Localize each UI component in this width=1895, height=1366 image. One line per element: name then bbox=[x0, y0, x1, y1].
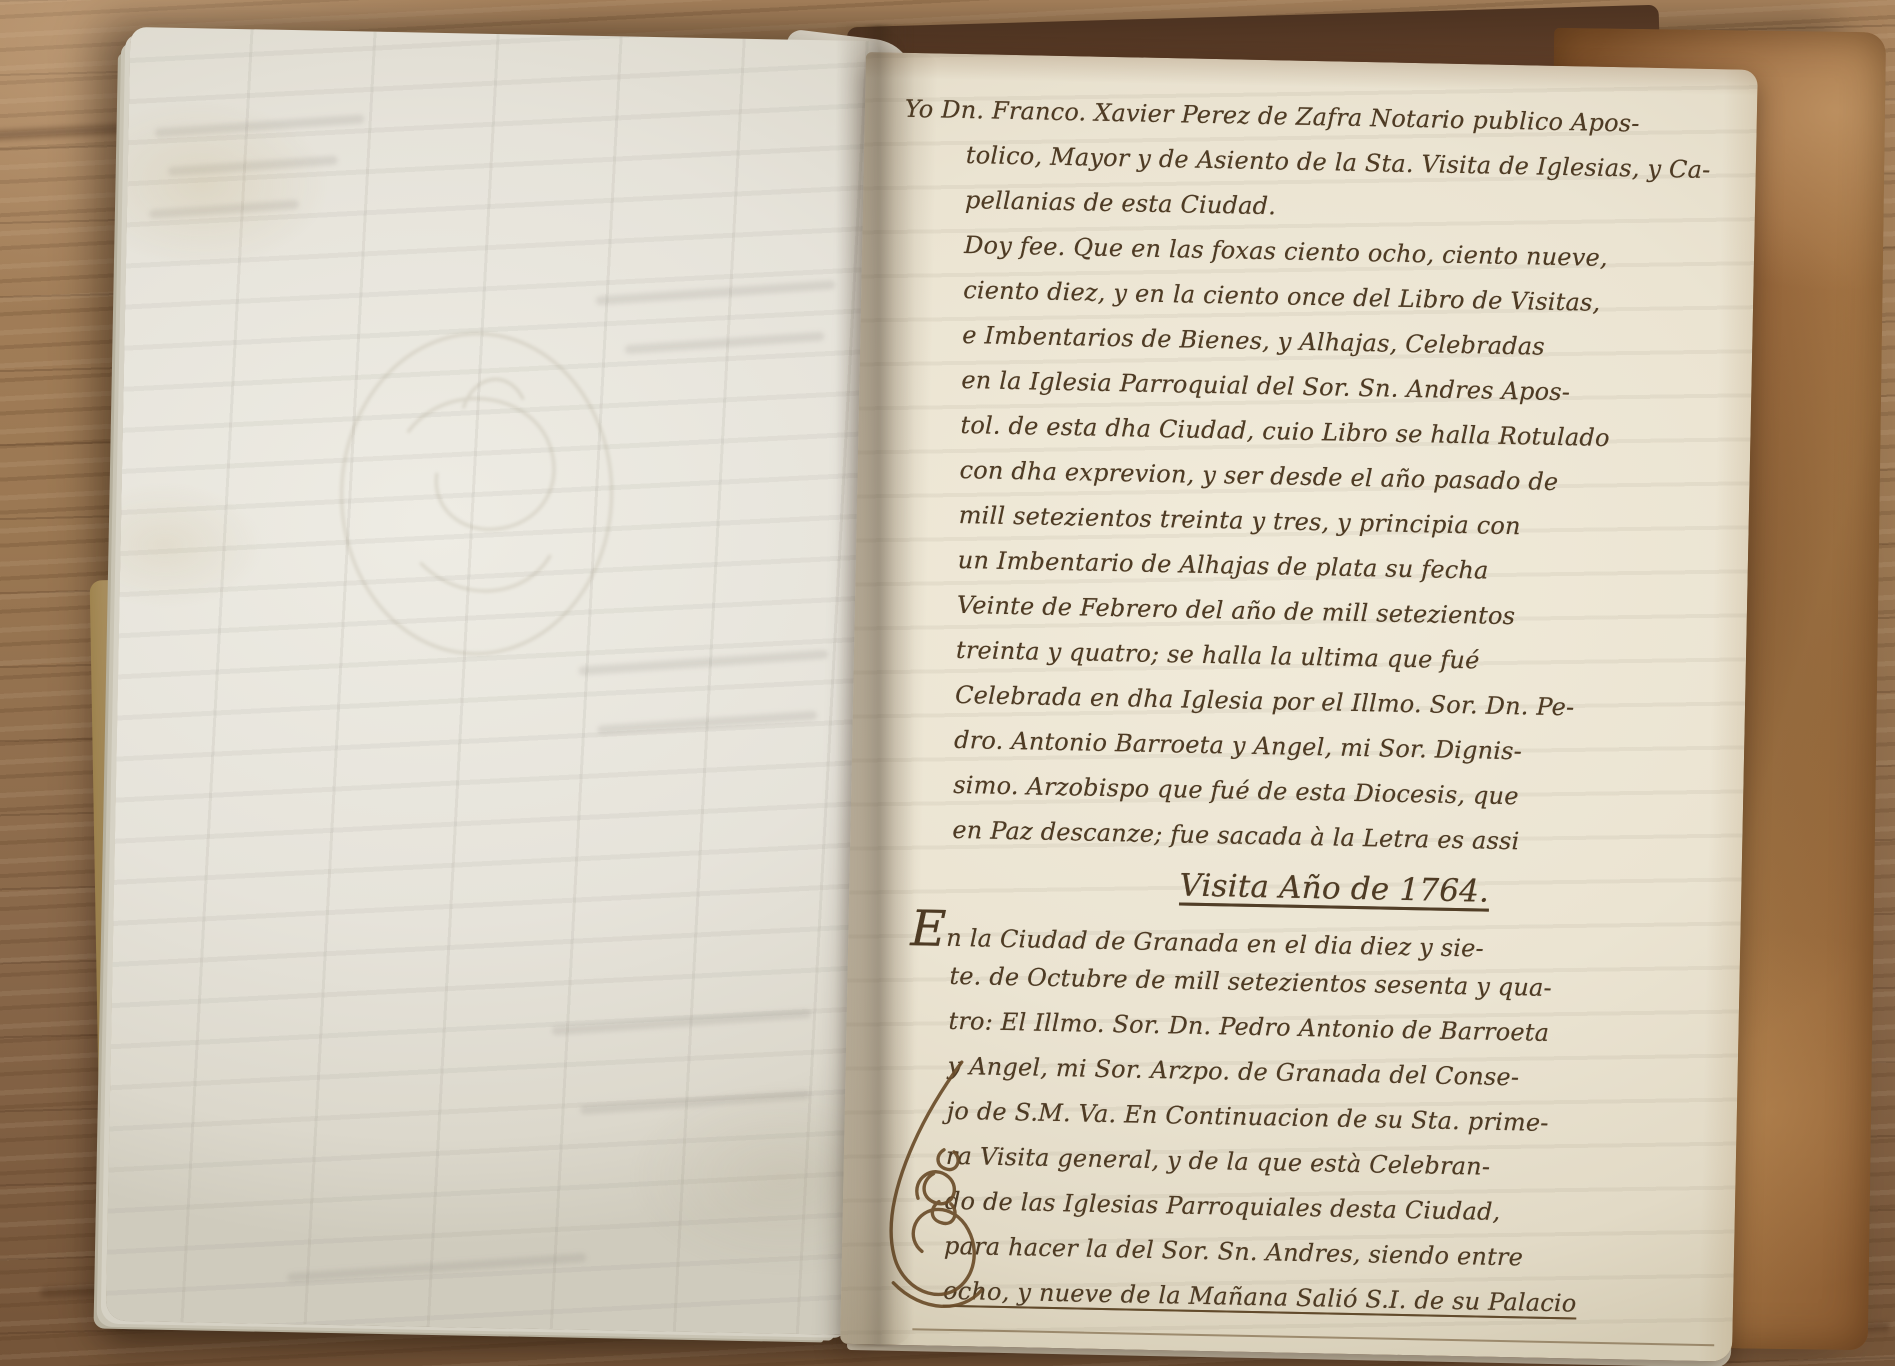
bottom-ink-rule bbox=[912, 1328, 1714, 1346]
show-through-line bbox=[597, 711, 817, 735]
show-through-line bbox=[580, 1090, 810, 1115]
left-page bbox=[106, 27, 879, 1335]
show-through-line bbox=[551, 1009, 811, 1036]
show-through-line bbox=[595, 280, 835, 305]
show-through-line bbox=[624, 332, 824, 355]
right-page: Yo Dn. Franco. Xavier Perez de Zafra Not… bbox=[840, 52, 1758, 1362]
manuscript-paragraphs-bottom: En la Ciudad de Granada en el dia diez y… bbox=[943, 909, 1717, 1329]
show-through-line bbox=[168, 156, 338, 177]
manuscript-paragraphs-top: Yo Dn. Franco. Xavier Perez de Zafra Not… bbox=[952, 88, 1733, 868]
show-through-line bbox=[578, 650, 828, 676]
watermark-icon bbox=[308, 311, 645, 677]
manuscript-photo: Yo Dn. Franco. Xavier Perez de Zafra Not… bbox=[0, 0, 1895, 1366]
notary-flourish-icon bbox=[852, 1052, 1018, 1335]
show-through-line bbox=[155, 114, 365, 137]
manuscript-text: Yo Dn. Franco. Xavier Perez de Zafra Not… bbox=[943, 88, 1733, 1329]
show-through-line bbox=[149, 200, 299, 219]
show-through-line bbox=[287, 1253, 587, 1282]
